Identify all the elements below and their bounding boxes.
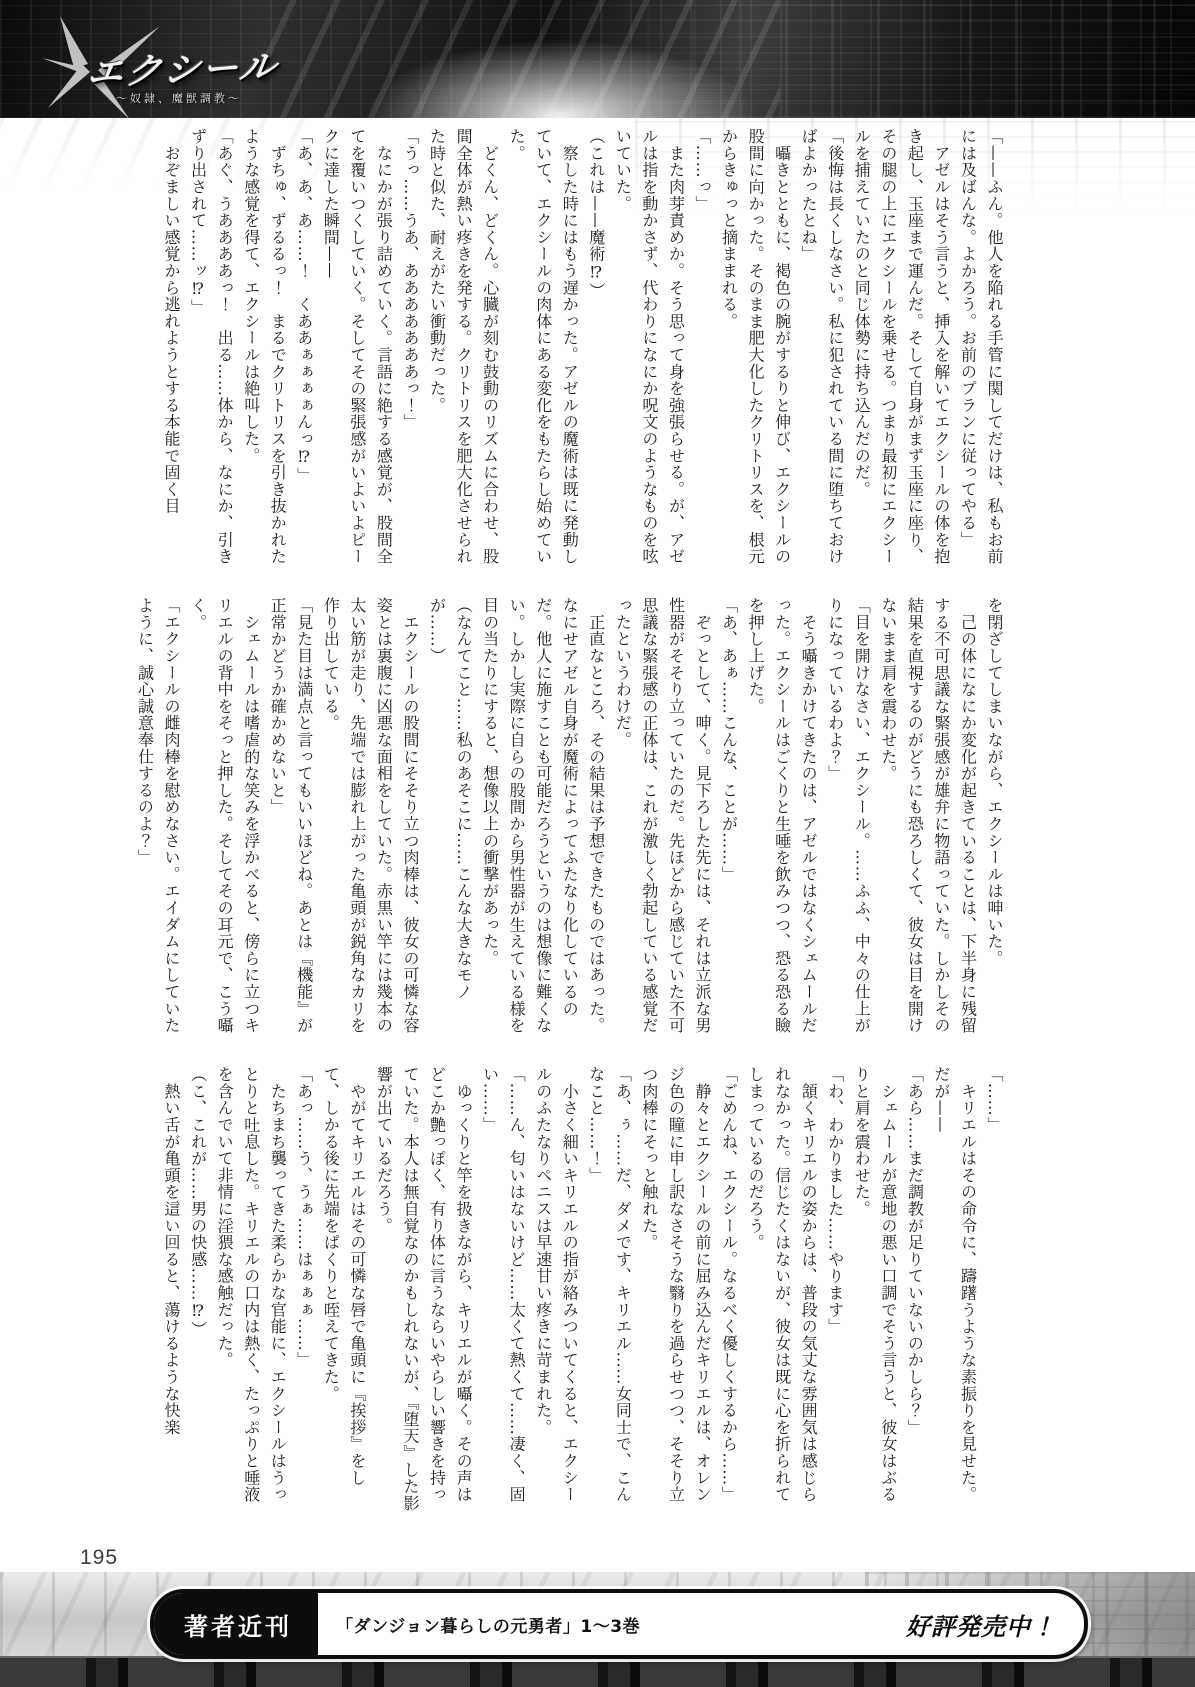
paragraph: ぞっとして、呻く。見下ろした先には、それは立派な男性器がそそり立っていたのだ。先… bbox=[609, 597, 715, 1045]
paragraph: 「後悔は長くしなさい。私に犯されている間に堕ちておけばよかったとね」 bbox=[795, 128, 848, 576]
paragraph: 熱い舌が亀頭を這い回ると、蕩けるような快楽 bbox=[158, 1066, 185, 1514]
footer-book-title: 「ダンジョン暮らしの元勇者」1〜3巻 bbox=[318, 1612, 906, 1637]
page-body: 「——ふん。他人を陥れる手管に関してだけは、私もお前には及ばんな。よかろう。お前… bbox=[0, 128, 1195, 1535]
logo: エクシール 〜奴隷、魔獣調教〜 bbox=[58, 14, 348, 114]
paragraph: 己の体になにか変化が起きていることは、下半身に残留する不可思議な緊張感が雄弁に物… bbox=[874, 597, 980, 1045]
paragraph: 「エクシールの雌肉棒を慰めなさい。エイダムにしていたように、誠心誠意奉仕するのよ… bbox=[131, 597, 184, 1045]
paragraph: 「あら……まだ調教が足りていないのかしら？」 bbox=[901, 1066, 928, 1514]
footer-promo: 好評発売中！ bbox=[906, 1607, 1084, 1642]
paragraph: ゆっくりと竿を扱きながら、キリエルが囁く。その声はどこか艶っぽく、有り体に言うな… bbox=[370, 1066, 476, 1514]
logo-subtitle: 〜奴隷、魔獣調教〜 bbox=[116, 90, 242, 106]
text-band-bottom: 「……」 キリエルはその命令に、躊躇うような素振りを見せた。だが——「あら……ま… bbox=[72, 1066, 1007, 1514]
paragraph: アゼルはそう言うと、挿入を解いてエクシールの体を抱き起し、玉座まで運んだ。そして… bbox=[848, 128, 954, 576]
paragraph: （なんてこと……私のあそこに……こんな大きなモノが……） bbox=[423, 597, 476, 1045]
paragraph: 「……ん、匂いはないけど……太くて熱くて……凄く、固い……」 bbox=[476, 1066, 529, 1514]
header-band: エクシール 〜奴隷、魔獣調教〜 bbox=[0, 0, 1195, 118]
paragraph: 「……っ」 bbox=[688, 128, 715, 576]
paragraph: おぞましい感覚から逃れようとする本能で固く目 bbox=[158, 128, 185, 576]
paragraph: （これは——魔術⁉） bbox=[582, 128, 609, 576]
paragraph: やがてキリエルはその可憐な唇で亀頭に『挨拶』をして、しかる後に先端をぱくりと咥え… bbox=[317, 1066, 370, 1514]
text-band-top: 「——ふん。他人を陥れる手管に関してだけは、私もお前には及ばんな。よかろう。お前… bbox=[72, 128, 1007, 576]
paragraph: 正直なところ、その結果は予想できたものではあった。なにせアゼル自身が魔術によって… bbox=[476, 597, 609, 1045]
paragraph: （こ、これが……男の快感……⁉） bbox=[184, 1066, 211, 1514]
paragraph: なにかが張り詰めていく。言語に絶する感覚が、股間全てを覆いつくしていく。そしてそ… bbox=[317, 128, 397, 576]
paragraph: シェムールは嗜虐的な笑みを浮かべると、傍らに立つキリエルの背中をそっと押した。そ… bbox=[184, 597, 264, 1045]
paragraph: を閉ざしてしまいながら、エクシールは呻いた。 bbox=[980, 597, 1007, 1045]
paragraph: キリエルはその命令に、躊躇うような素振りを見せた。だが—— bbox=[927, 1066, 980, 1514]
paragraph: 察した時にはもう遅かった。アゼルの魔術は既に発動していて、エクシールの肉体にある… bbox=[503, 128, 583, 576]
paragraph: 「あ、あぁ……こんな、ことが……」 bbox=[715, 597, 742, 1045]
paragraph: 「……」 bbox=[980, 1066, 1007, 1514]
paragraph: 頷くキリエルの姿からは、普段の気丈な雰囲気は感じられなかった。信じたくはないが、… bbox=[742, 1066, 822, 1514]
paragraph: たちまち襲ってきた柔らかな官能に、エクシールはうっとりと吐息した。キリエルの口内… bbox=[211, 1066, 291, 1514]
paragraph: シェムールが意地の悪い口調でそう言うと、彼女はぶるりと肩を震わせた。 bbox=[848, 1066, 901, 1514]
paragraph: ずちゅ、ずるるっ！ まるでクリトリスを引き抜かれたような感覚を得て、エクシールは… bbox=[237, 128, 290, 576]
page: エクシール 〜奴隷、魔獣調教〜 「——ふん。他人を陥れる手管に関してだけは、私も… bbox=[0, 0, 1195, 1687]
logo-title: エクシール bbox=[84, 39, 281, 97]
paragraph: エクシールの股間にそそり立つ肉棒は、彼女の可憐な容姿とは裏腹に凶悪な面相をしてい… bbox=[317, 597, 423, 1045]
paragraph: 「あ、ぅ……だ、ダメです、キリエル……女同士で、こんなこと……！」 bbox=[582, 1066, 635, 1514]
paragraph: 「ごめんね、エクシール。なるべく優しくするから……」 bbox=[715, 1066, 742, 1514]
paragraph: どくん、どくん。心臓が刻む鼓動のリズムに合わせ、股間全体が熱い疼きを発する。クリ… bbox=[423, 128, 503, 576]
text-band-middle: を閉ざしてしまいながら、エクシールは呻いた。 己の体になにか変化が起きていること… bbox=[72, 597, 1007, 1045]
paragraph: 「あ、あ、あ……！ くああぁぁぁぁんっ⁉」 bbox=[290, 128, 317, 576]
paragraph: 「目を開けなさい、エクシール。……ふふ、中々の仕上がりになっているわよ？」 bbox=[821, 597, 874, 1045]
paragraph: 小さく細いキリエルの指が絡みついてくると、エクシールのふたなりペニスは早速甘い疼… bbox=[529, 1066, 582, 1514]
paragraph: そう囁きかけてきたのは、アゼルではなくシェムールだった。エクシールはごくりと生唾… bbox=[742, 597, 822, 1045]
bottom-edge-pattern bbox=[0, 1656, 1195, 1687]
paragraph: 「あぐ、うああああっ！ 出る……体から、なにか、引きずり出されて……ッ⁉」 bbox=[184, 128, 237, 576]
paragraph: 「うっ……うあ、あああああああっ！」 bbox=[396, 128, 423, 576]
paragraph: 囁きとともに、褐色の腕がするりと伸び、エクシールの股間に向かった。そのまま肥大化… bbox=[715, 128, 795, 576]
page-number: 195 bbox=[80, 1546, 118, 1570]
paragraph: 「見た目は満点と言ってもいいほどね。あとは『機能』が正常かどうか確かめないと」 bbox=[264, 597, 317, 1045]
footer-label: 著者近刊 bbox=[154, 1593, 318, 1655]
paragraph: 「わ、わかりました……やります」 bbox=[821, 1066, 848, 1514]
paragraph: また肉芽責めか。そう思って身を強張らせる。が、アゼルは指を動かさず、代わりになに… bbox=[609, 128, 689, 576]
footer-ad-bar: 著者近刊 「ダンジョン暮らしの元勇者」1〜3巻 好評発売中！ bbox=[150, 1589, 1088, 1659]
paragraph: 静々とエクシールの前に屈み込んだキリエルは、オレンジ色の瞳に申し訳なさそうな翳り… bbox=[635, 1066, 715, 1514]
paragraph: 「——ふん。他人を陥れる手管に関してだけは、私もお前には及ばんな。よかろう。お前… bbox=[954, 128, 1007, 576]
paragraph: 「あっ……う、うぁ……はぁぁぁ……」 bbox=[290, 1066, 317, 1514]
